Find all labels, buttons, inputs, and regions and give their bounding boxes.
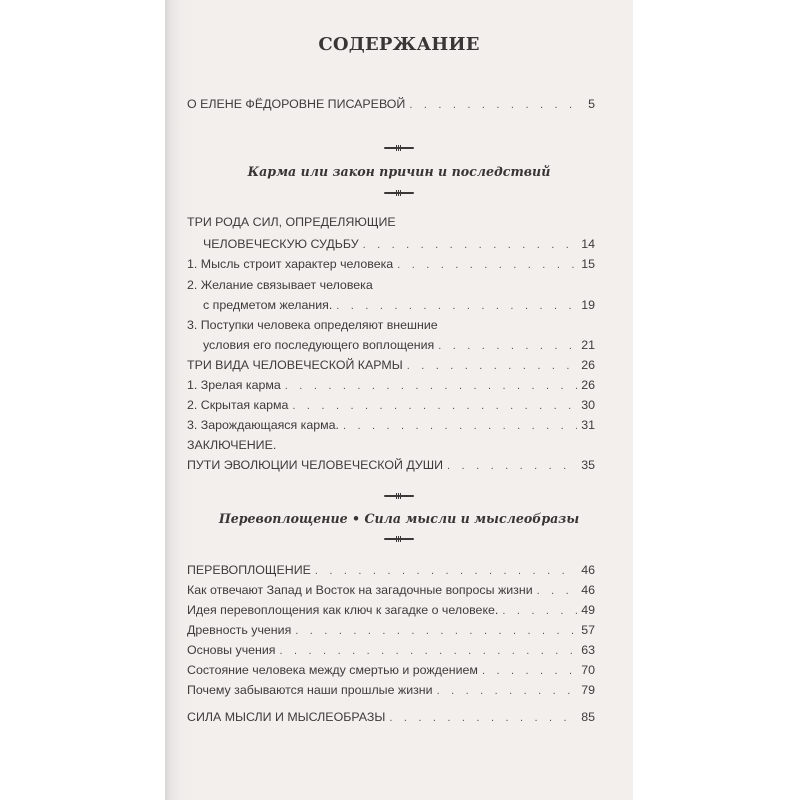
page-title: СОДЕРЖАНИЕ xyxy=(165,34,633,55)
entry-label: 1. Зрелая карма xyxy=(187,378,281,392)
toc-entry: Состояние человека между смертью и рожде… xyxy=(187,663,595,685)
dot-leader xyxy=(315,565,577,577)
entry-label: Древность учения xyxy=(187,623,291,637)
dot-leader xyxy=(363,239,577,251)
entry-page-number: 46 xyxy=(581,563,595,577)
toc-entry: Основы учения 63 xyxy=(187,643,595,665)
toc-entry: Идея перевоплощения как ключ к загадке о… xyxy=(187,603,595,625)
entry-label: СИЛА МЫСЛИ И МЫСЛЕОБРАЗЫ xyxy=(187,710,385,724)
entry-label: ТРИ РОДА СИЛ, ОПРЕДЕЛЯЮЩИЕ xyxy=(187,215,396,229)
entry-page-number: 30 xyxy=(581,398,595,412)
entry-page-number: 35 xyxy=(581,458,595,472)
dot-leader xyxy=(438,340,577,352)
section-title-karma: Карма или закон причин и последствий xyxy=(165,164,633,179)
entry-label: 3. Зарождающаяся карма. xyxy=(187,418,339,432)
dot-leader xyxy=(389,712,577,724)
ornament-divider xyxy=(384,536,414,542)
entry-page-number: 14 xyxy=(581,237,595,251)
dot-leader xyxy=(537,585,577,597)
toc-entry: СИЛА МЫСЛИ И МЫСЛЕОБРАЗЫ 85 xyxy=(187,710,595,732)
entry-page-number: 15 xyxy=(581,257,595,271)
entry-label: ПЕРЕВОПЛОЩЕНИЕ xyxy=(187,563,311,577)
entry-label: ПУТИ ЭВОЛЮЦИИ ЧЕЛОВЕЧЕСКОЙ ДУШИ xyxy=(187,458,443,472)
entry-page-number: 5 xyxy=(581,97,595,111)
entry-label: 1. Мысль строит характер человека xyxy=(187,257,393,271)
entry-label: Состояние человека между смертью и рожде… xyxy=(187,663,478,677)
entry-page-number: 31 xyxy=(581,418,595,432)
entry-page-number: 85 xyxy=(581,710,595,724)
dot-leader xyxy=(447,460,577,472)
entry-page-number: 19 xyxy=(581,298,595,312)
entry-label: ЧЕЛОВЕЧЕСКУЮ СУДЬБУ xyxy=(203,237,359,251)
dot-leader xyxy=(343,420,577,432)
dot-leader xyxy=(292,400,577,412)
toc-entry: условия его последующего воплощения 21 xyxy=(203,338,595,360)
dot-leader xyxy=(482,665,577,677)
toc-entry: ПЕРЕВОПЛОЩЕНИЕ 46 xyxy=(187,563,595,585)
ornament-divider xyxy=(384,493,414,499)
toc-entry: ЧЕЛОВЕЧЕСКУЮ СУДЬБУ 14 xyxy=(203,237,595,259)
book-page: СОДЕРЖАНИЕ О ЕЛЕНЕ ФЁДОРОВНЕ ПИСАРЕВОЙ 5… xyxy=(165,0,633,800)
toc-entry: Почему забываются наши прошлые жизни 79 xyxy=(187,683,595,705)
toc-entry: 1. Мысль строит характер человека 15 xyxy=(187,257,595,279)
toc-entry: 2. Желание связывает человека xyxy=(187,278,595,300)
toc-entry: ТРИ РОДА СИЛ, ОПРЕДЕЛЯЮЩИЕ xyxy=(187,215,595,237)
toc-entry: 3. Зарождающаяся карма. 31 xyxy=(187,418,595,440)
entry-label: 2. Скрытая карма xyxy=(187,398,288,412)
dot-leader xyxy=(437,685,577,697)
ornament-divider xyxy=(384,145,414,151)
entry-label: О ЕЛЕНЕ ФЁДОРОВНЕ ПИСАРЕВОЙ xyxy=(187,97,405,111)
toc-entry: Как отвечают Запад и Восток на загадочны… xyxy=(187,583,595,605)
toc-entry: с предметом желания. 19 xyxy=(203,298,595,320)
dot-leader xyxy=(502,605,577,617)
entry-page-number: 63 xyxy=(581,643,595,657)
dot-leader xyxy=(397,259,577,271)
entry-page-number: 49 xyxy=(581,603,595,617)
entry-label: Основы учения xyxy=(187,643,276,657)
toc-entry: ТРИ ВИДА ЧЕЛОВЕЧЕСКОЙ КАРМЫ 26 xyxy=(187,358,595,380)
toc-entry: 3. Поступки человека определяют внешние xyxy=(187,318,595,340)
entry-page-number: 46 xyxy=(581,583,595,597)
entry-page-number: 26 xyxy=(581,378,595,392)
entry-label: ТРИ ВИДА ЧЕЛОВЕЧЕСКОЙ КАРМЫ xyxy=(187,358,403,372)
entry-label: 3. Поступки человека определяют внешние xyxy=(187,318,438,332)
dot-leader xyxy=(409,99,577,111)
dot-leader xyxy=(285,380,577,392)
entry-label: с предметом желания. xyxy=(203,298,332,312)
dot-leader xyxy=(280,645,577,657)
toc-entry: ПУТИ ЭВОЛЮЦИИ ЧЕЛОВЕЧЕСКОЙ ДУШИ 35 xyxy=(187,458,595,480)
entry-label: 2. Желание связывает человека xyxy=(187,278,373,292)
ornament-divider xyxy=(384,190,414,196)
dot-leader xyxy=(407,360,577,372)
toc-entry: 2. Скрытая карма 30 xyxy=(187,398,595,420)
entry-page-number: 57 xyxy=(581,623,595,637)
toc-entry: Древность учения 57 xyxy=(187,623,595,645)
toc-entry: 1. Зрелая карма 26 xyxy=(187,378,595,400)
entry-page-number: 21 xyxy=(581,338,595,352)
entry-label: Почему забываются наши прошлые жизни xyxy=(187,683,433,697)
toc-entry-intro: О ЕЛЕНЕ ФЁДОРОВНЕ ПИСАРЕВОЙ 5 xyxy=(187,97,595,119)
entry-label: Идея перевоплощения как ключ к загадке о… xyxy=(187,603,498,617)
toc-entry: ЗАКЛЮЧЕНИЕ. xyxy=(187,438,595,460)
entry-label: Как отвечают Запад и Восток на загадочны… xyxy=(187,583,533,597)
dot-leader xyxy=(295,625,577,637)
entry-label: ЗАКЛЮЧЕНИЕ. xyxy=(187,438,276,452)
entry-label: условия его последующего воплощения xyxy=(203,338,434,352)
dot-leader xyxy=(336,300,577,312)
entry-page-number: 70 xyxy=(581,663,595,677)
entry-page-number: 26 xyxy=(581,358,595,372)
entry-page-number: 79 xyxy=(581,683,595,697)
section-title-reincarnation: Перевоплощение • Сила мысли и мыслеобраз… xyxy=(165,511,633,526)
